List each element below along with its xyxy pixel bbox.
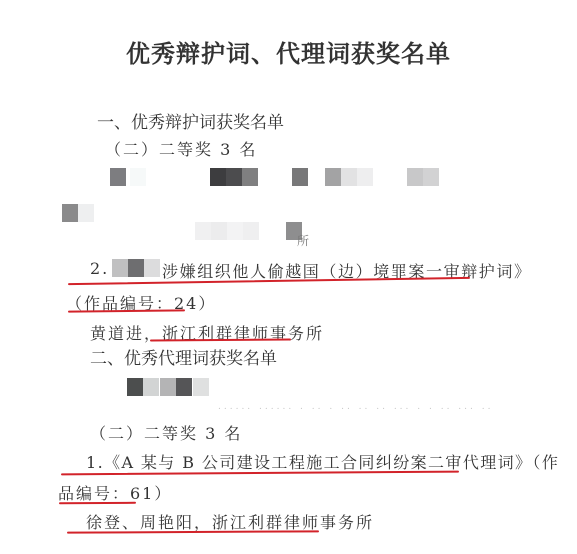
section2-subheading: （二）二等奖 3 名 [90,421,242,444]
entry1-authors: 徐登、周艳阳，浙江利群律师事务所 [86,510,374,533]
entry1-line1: 1.《A 某与 B 公司建设工程施工合同纠纷案二审代理词》（作 [86,450,559,473]
faint-bleed-text: ...... ...... . .. . .. .. .. ... . . ..… [218,402,493,412]
redacted-fragment: 所 [297,232,309,249]
section1-subheading: （二）二等奖 3 名 [105,137,257,160]
document-title: 优秀辩护词、代理词获奖名单 [0,34,577,69]
entry2-number: 2. [90,259,109,278]
entry1-line2: 品编号：61） [58,481,172,504]
underline [67,530,319,533]
section1-heading: 一、优秀辩护词获奖名单 [97,108,284,133]
section2-heading: 二、优秀代理词获奖名单 [90,344,277,369]
underline [59,502,136,504]
